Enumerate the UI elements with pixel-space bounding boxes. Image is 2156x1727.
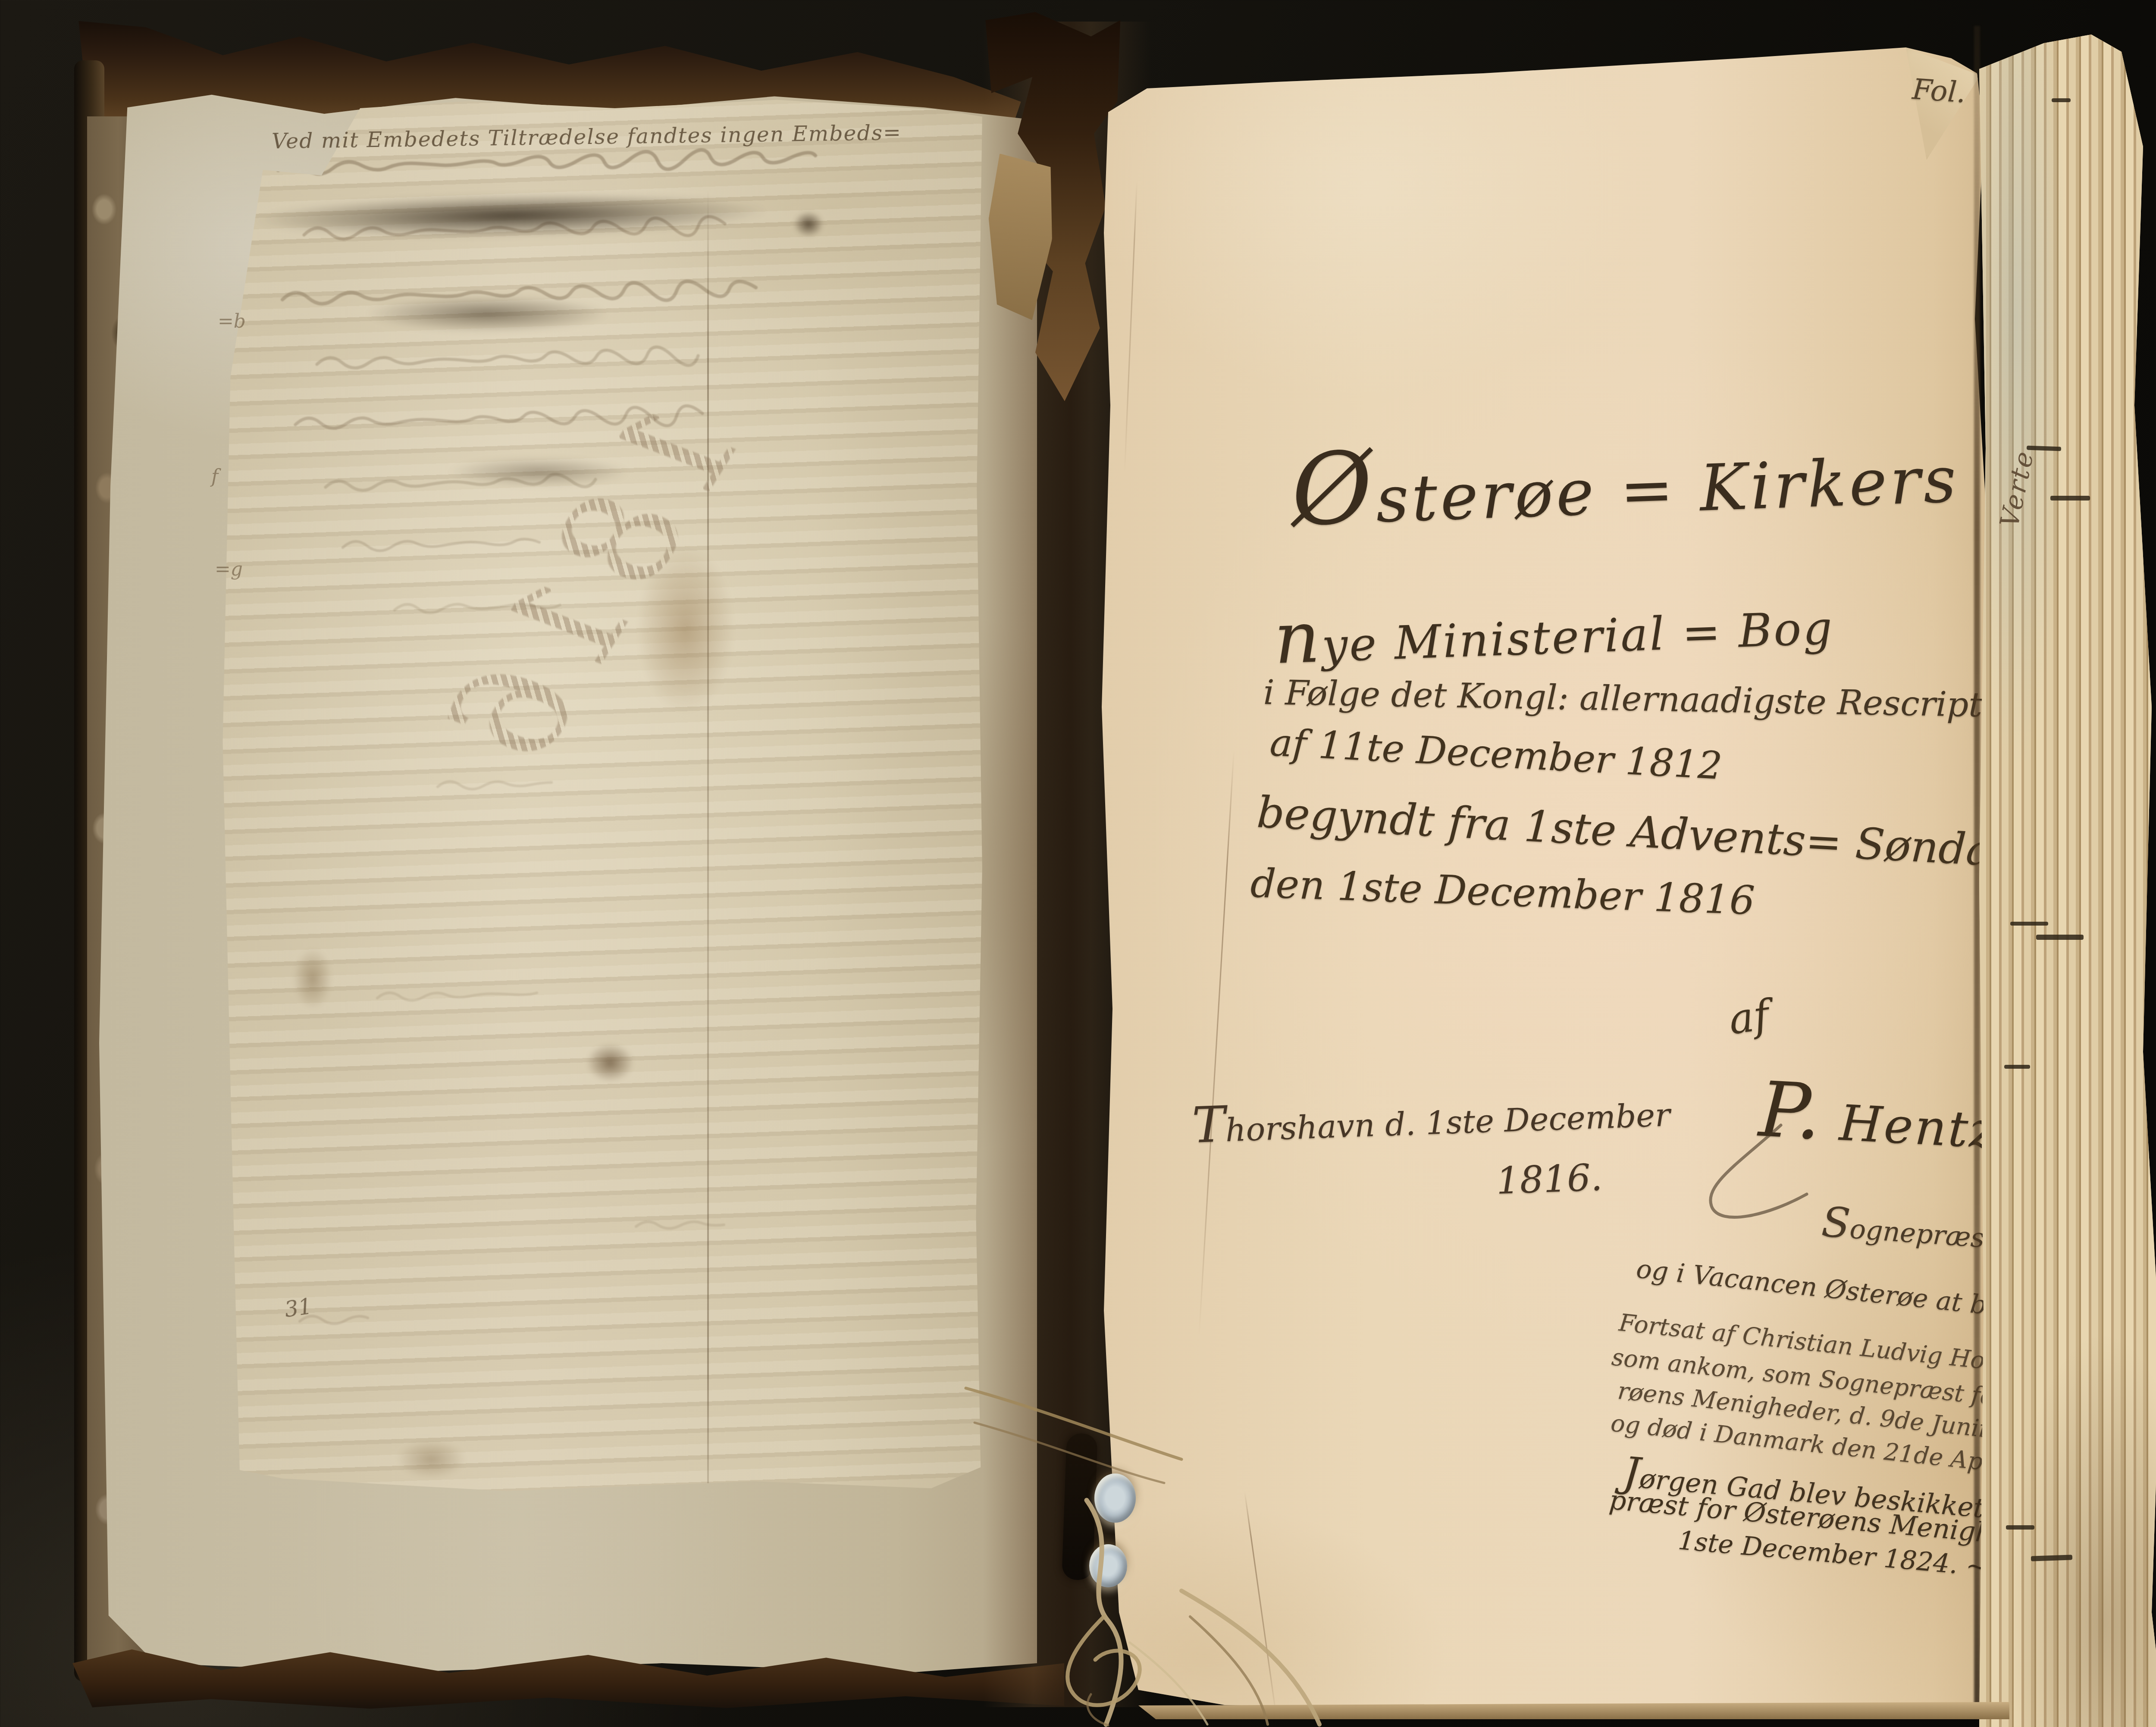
edge-ink-dash xyxy=(2050,496,2090,501)
binding-twine-threads xyxy=(949,1315,1401,1727)
book-scan-scene: Ved mit Embedets Tiltrædelse fandtes ing… xyxy=(0,0,2156,1727)
edge-ink-dash xyxy=(2004,1065,2030,1069)
page-stack-fore-edge xyxy=(1979,17,2156,1727)
margin-letter: =b xyxy=(218,310,246,332)
title-line-5: begyndt fra 1ste Advents= Søndag xyxy=(1256,787,2021,877)
dateline-place: Thorshavn d. 1ste December xyxy=(1191,1080,1671,1154)
paper-stain xyxy=(293,948,332,1009)
fore-edge-crevice xyxy=(1974,26,1980,1707)
connector-word: af xyxy=(1726,991,1772,1044)
title-line-4: af 11te December 1812 xyxy=(1269,720,1723,788)
left-inside-cover: Ved mit Embedets Tiltrædelse fandtes ing… xyxy=(69,9,1044,1716)
sheet-crease xyxy=(707,190,709,1582)
page-crease xyxy=(1124,181,1138,474)
page-crease xyxy=(1198,750,1235,1336)
title-line-3: i Følge det Kongl: allernaadigste Rescri… xyxy=(1263,673,1983,725)
dateline-year: 1816. xyxy=(1495,1156,1603,1203)
edge-ink-dash xyxy=(2010,922,2048,926)
edge-ink-dash xyxy=(2027,446,2061,451)
margin-letter: =g xyxy=(215,558,243,580)
title-line-6: den 1ste December 1816 xyxy=(1250,860,1755,924)
folio-mark: Fol. xyxy=(1911,72,1967,109)
margin-letter: f xyxy=(211,466,218,488)
title-line-1: Østerøe = Kirkers xyxy=(1289,410,1961,548)
paper-stain xyxy=(397,1440,466,1479)
paper-stain xyxy=(586,1043,634,1082)
ink-smudge xyxy=(367,295,608,332)
edge-ink-dash xyxy=(2036,935,2084,940)
margin-mark: 31 xyxy=(283,1294,313,1322)
edge-ink-dash xyxy=(2006,1525,2034,1530)
paper-stain xyxy=(793,211,824,237)
edge-ink-dash xyxy=(2052,98,2071,102)
edge-ink-dash xyxy=(2031,1555,2072,1561)
title-line-2: nye Ministerial = Bog xyxy=(1273,578,1835,680)
